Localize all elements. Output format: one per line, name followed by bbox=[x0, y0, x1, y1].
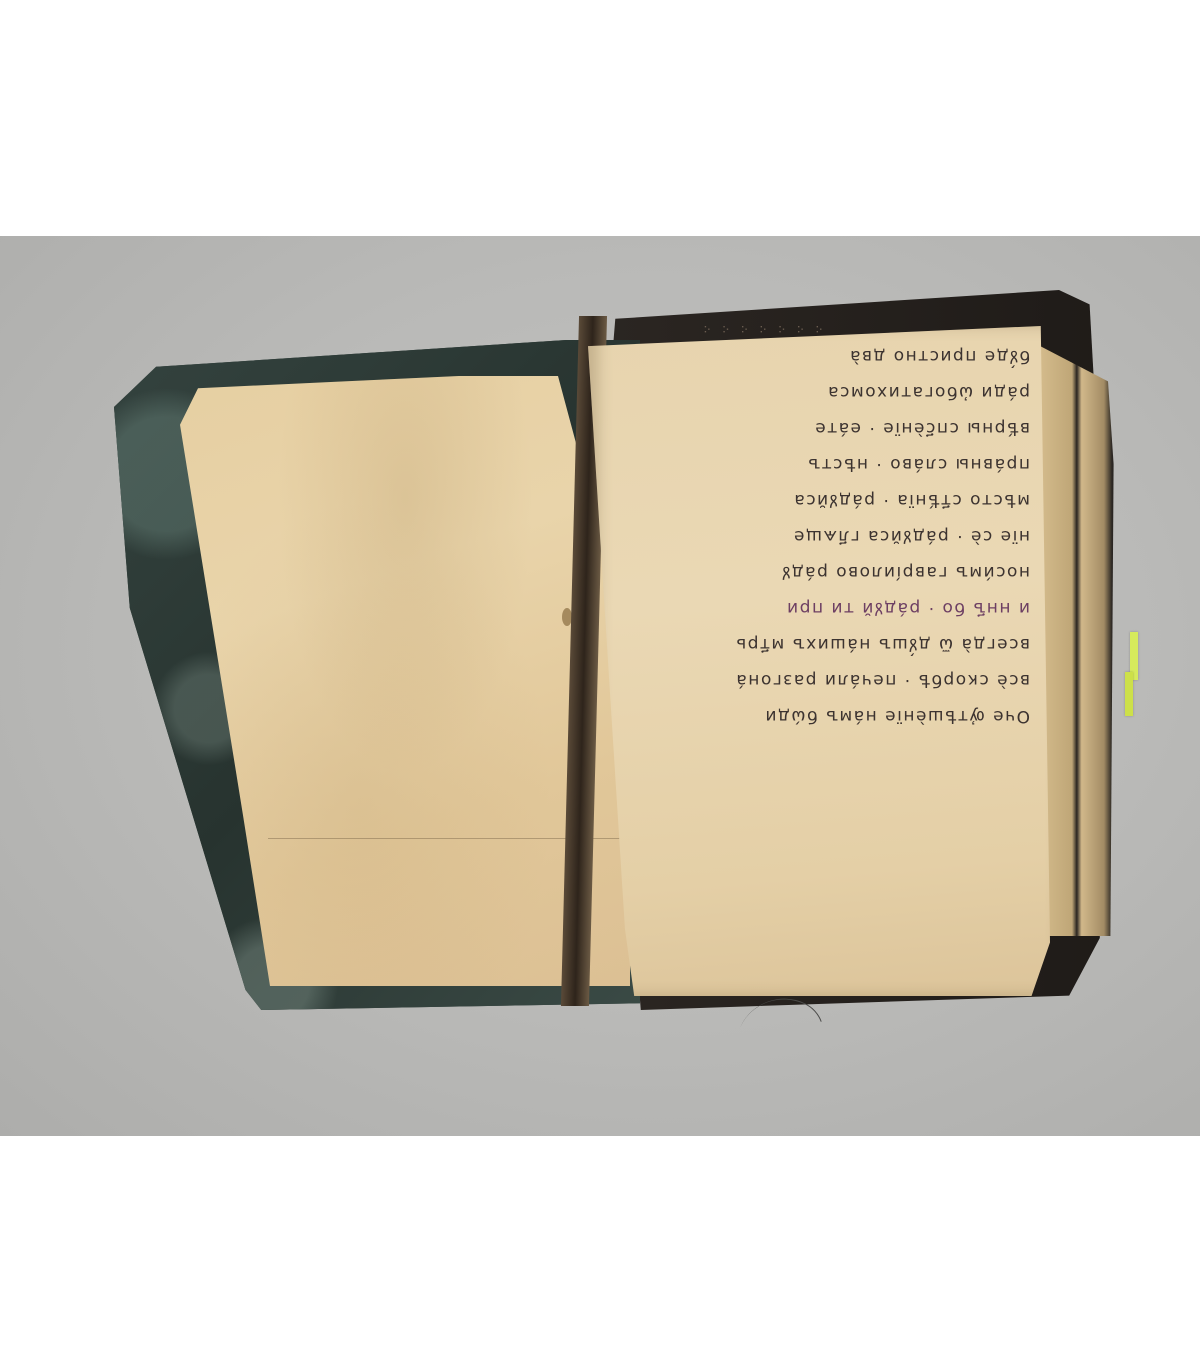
text-line: мѣсто ст҃ѣ́нїа · ра́дꙋйса bbox=[700, 482, 1030, 518]
text-line: ра́ди ѡ҆богатихомса bbox=[700, 374, 1030, 410]
text-line: пра́вны сла́во · нѣстъ bbox=[700, 446, 1030, 482]
text-line: Оче ѹ҆тѣшѐнїе на́мъ бѡ́ди bbox=[700, 698, 1030, 734]
text-line-rubric: и ннъ҃ бо · ра́дꙋй ти при bbox=[700, 590, 1030, 626]
text-line: вѣ́рны спс҃ѐнїе · еа́те bbox=[700, 410, 1030, 446]
bookmark-tab bbox=[1125, 672, 1133, 716]
page-stack-edge bbox=[1040, 346, 1120, 936]
text-line: бꙋ́де пристно два̀ bbox=[700, 338, 1030, 374]
printed-text-block: Оче ѹ҆тѣшѐнїе на́мъ бѡ́ди всѐ скорбѣ · п… bbox=[700, 320, 1030, 734]
ornament-dots: ⁖ ⁖ ⁖ ⁖ ⁖ ⁖ ⁖ bbox=[700, 320, 1030, 336]
text-line: всегда̀ ѿ дꙋ́шъ на́шихъ мт҃рь bbox=[700, 626, 1030, 662]
text-line: носи́мъ гаврі́илово ра́дꙋ bbox=[700, 554, 1030, 590]
text-line: всѐ скорбѣ · печа́ли разгона́ bbox=[700, 662, 1030, 698]
text-line: нїе сѐ · ра́дꙋйса гл҃ѧще bbox=[700, 518, 1030, 554]
